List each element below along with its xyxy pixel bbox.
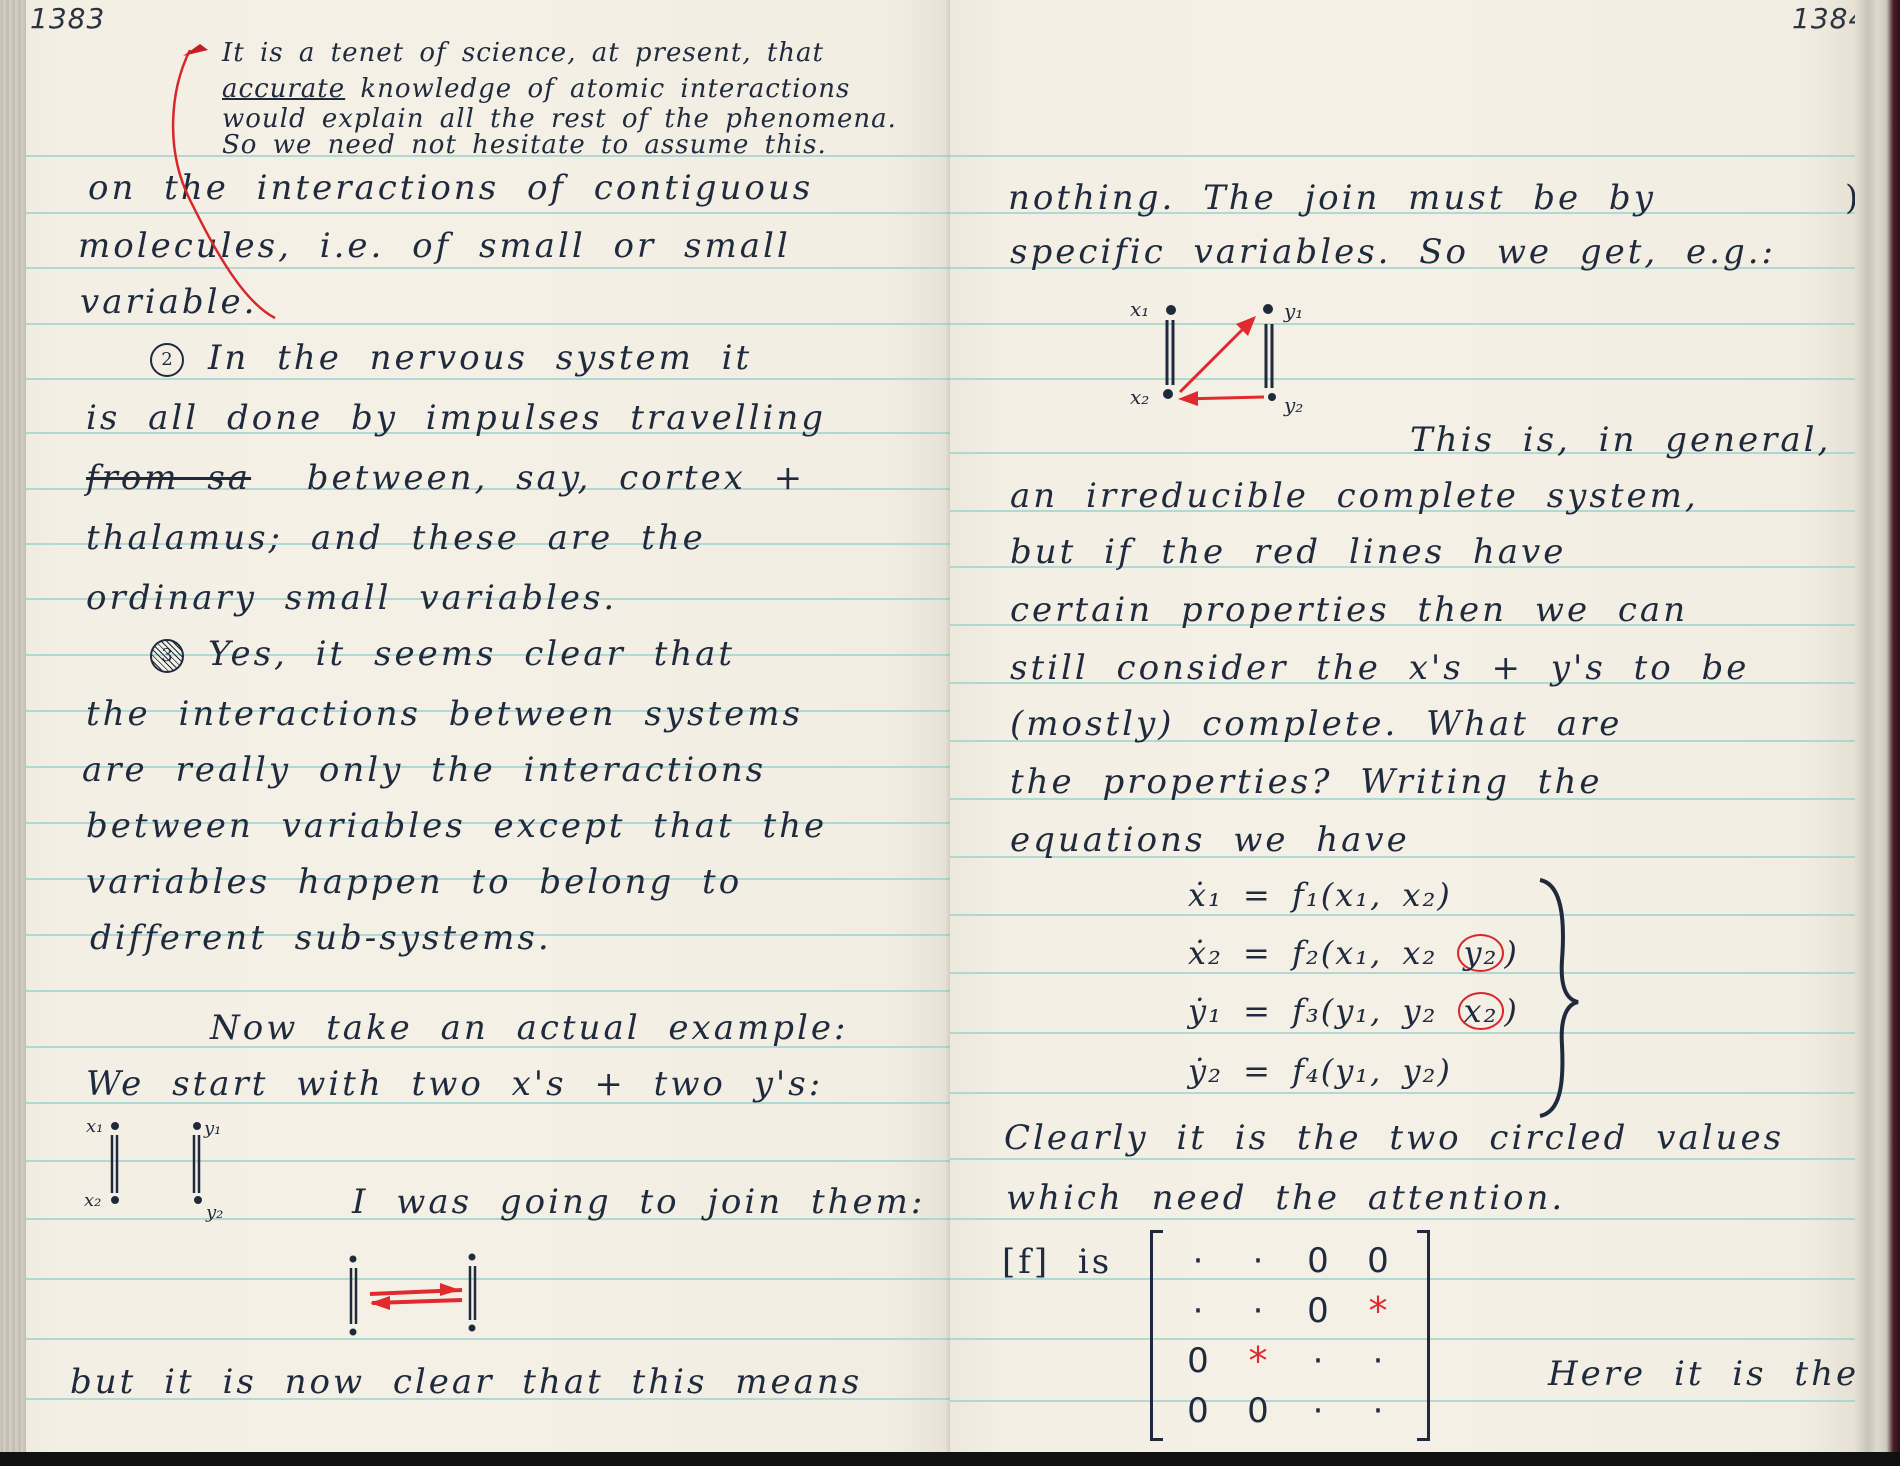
triangle-diagram: x₁ x₂ y₁ y₂ <box>1130 297 1303 417</box>
red-curved-arrow <box>173 50 275 318</box>
matrix-cell: 0 <box>1168 1336 1228 1386</box>
matrix-cell: · <box>1228 1286 1288 1336</box>
matrix-cell: 0 <box>1288 1236 1348 1286</box>
svg-text:x₁: x₁ <box>86 1116 103 1137</box>
matrix-cell: · <box>1168 1286 1228 1336</box>
equation-brace <box>1540 880 1578 1116</box>
matrix-cell: · <box>1228 1236 1288 1286</box>
matrix-cell: · <box>1168 1236 1228 1286</box>
notebook-spread: 1383 It is a tenet of science, at presen… <box>0 0 1900 1452</box>
two-pairs-diagram: x₁ x₂ y₁ y₂ <box>84 1116 223 1223</box>
svg-text:y₁: y₁ <box>203 1118 221 1139</box>
svg-text:y₂: y₂ <box>1283 393 1303 417</box>
right-page: 1384 nothing. The join must be by ) spec… <box>950 0 1855 1452</box>
matrix-cell: · <box>1348 1336 1408 1386</box>
matrix-bracket-right <box>1417 1230 1430 1441</box>
matrix-bracket-left <box>1150 1230 1163 1441</box>
svg-text:x₂: x₂ <box>1130 385 1149 409</box>
arrowhead-icon <box>183 44 208 56</box>
svg-text:x₂: x₂ <box>84 1190 101 1211</box>
left-page-drawings: x₁ x₂ y₁ y₂ <box>0 0 950 1452</box>
matrix-cell: · <box>1288 1336 1348 1386</box>
matrix-cell: 0 <box>1288 1286 1348 1336</box>
matrix-cell: 0 <box>1348 1236 1408 1286</box>
arrowhead-icon <box>440 1283 460 1296</box>
join-diagram <box>350 1254 476 1336</box>
matrix-cell: 0 <box>1228 1386 1288 1436</box>
matrix-cell-red-asterisk: * <box>1348 1286 1408 1336</box>
matrix-grid: · · 0 0 · · 0 * 0 * · · 0 0 · · <box>1168 1236 1408 1436</box>
svg-text:y₂: y₂ <box>205 1202 223 1223</box>
page-edge-stack-right <box>1855 0 1900 1452</box>
red-arrow-x2-to-y1 <box>1180 322 1250 392</box>
left-page: 1383 It is a tenet of science, at presen… <box>0 0 950 1452</box>
arrowhead-icon <box>1178 391 1198 406</box>
matrix-cell: · <box>1348 1386 1408 1436</box>
matrix-cell: · <box>1288 1386 1348 1436</box>
svg-text:x₁: x₁ <box>1130 297 1149 321</box>
svg-text:y₁: y₁ <box>1283 299 1303 323</box>
matrix-cell: 0 <box>1168 1386 1228 1436</box>
f-matrix: · · 0 0 · · 0 * 0 * · · 0 0 · · <box>1150 1230 1430 1445</box>
arrowhead-icon <box>370 1296 390 1310</box>
matrix-cell-red-asterisk: * <box>1228 1336 1288 1386</box>
